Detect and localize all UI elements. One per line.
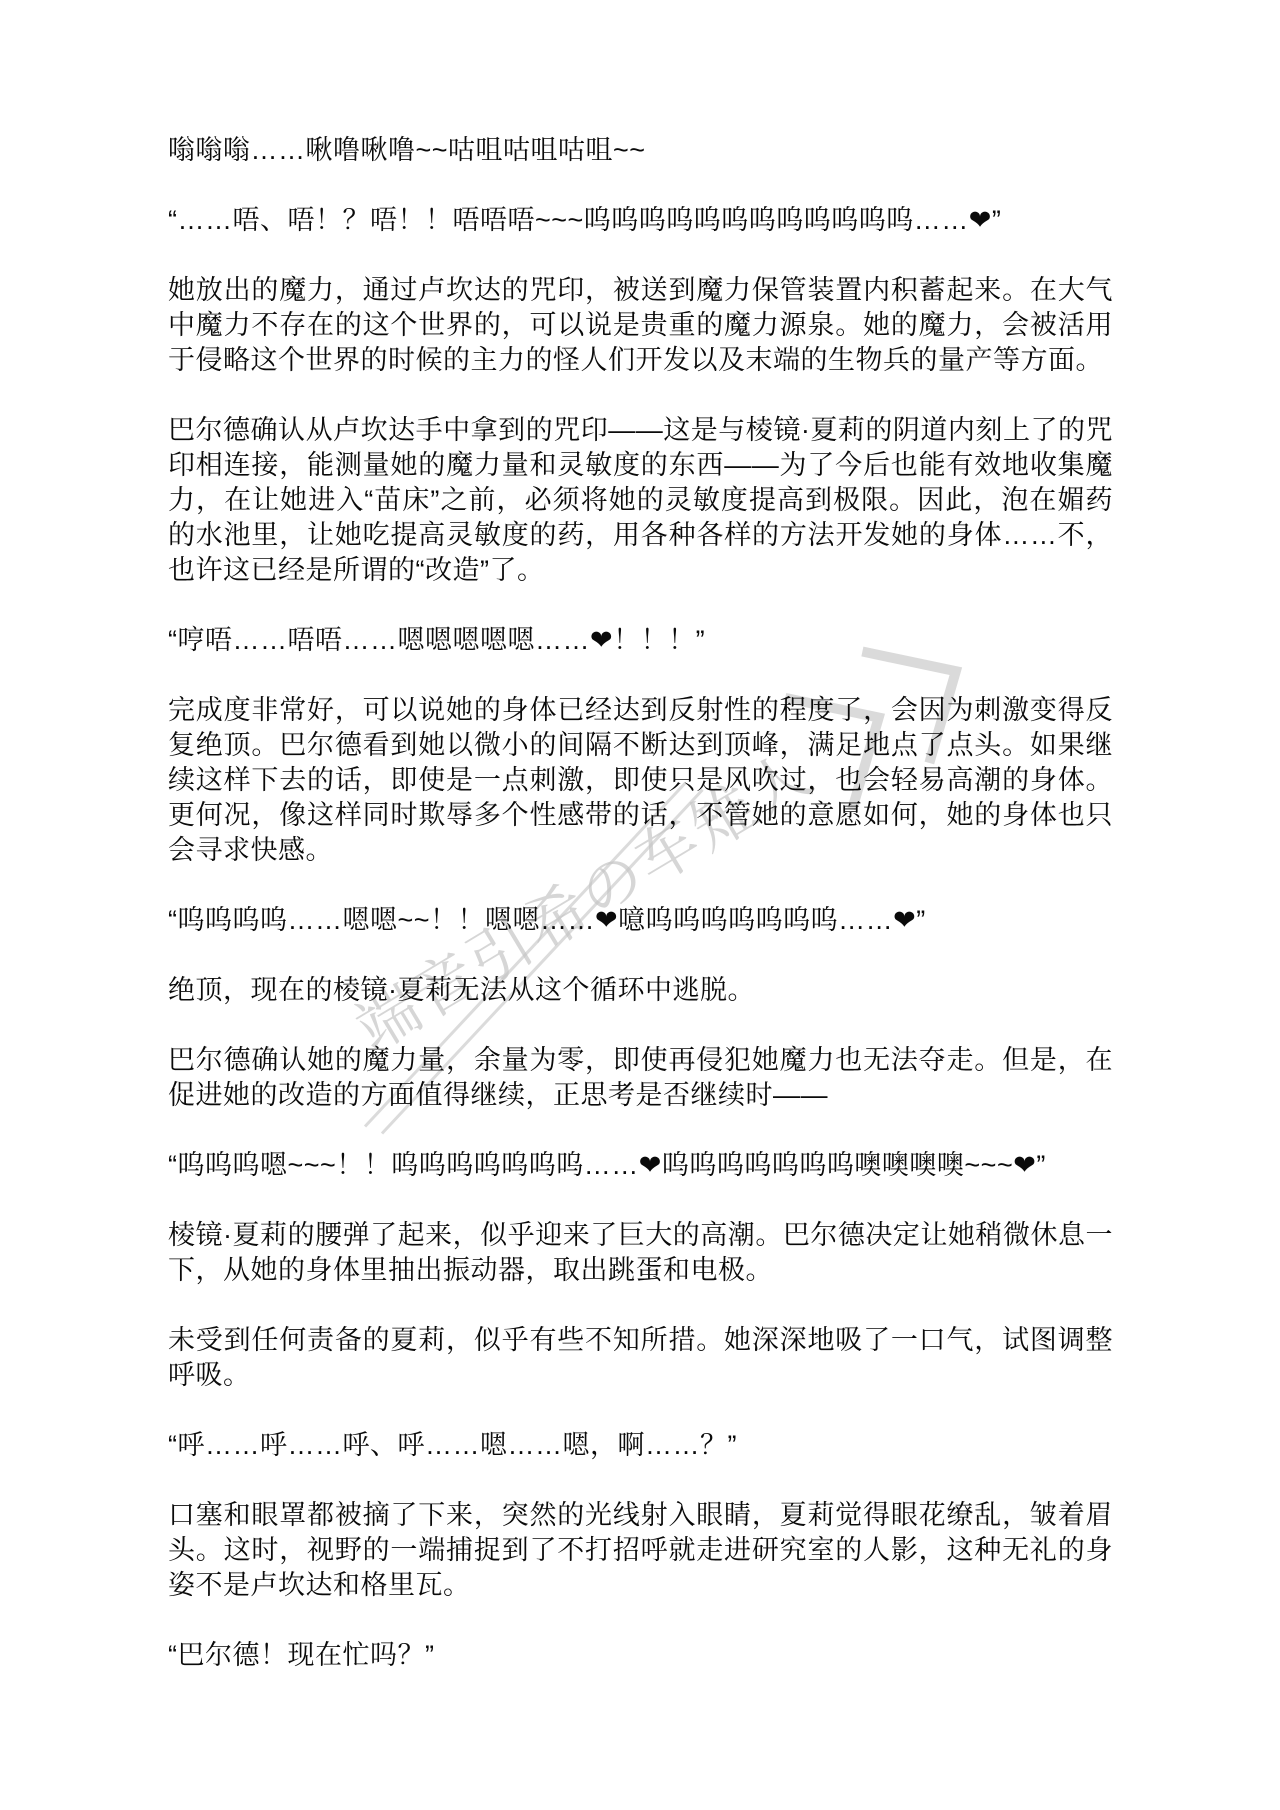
dialogue-line: “呜呜呜呜……嗯嗯~~！！嗯嗯……❤噫呜呜呜呜呜呜呜……❤” [168, 903, 1113, 938]
dialogue-line: “呼……呼……呼、呼……嗯……嗯，啊……？” [168, 1428, 1113, 1463]
narration-paragraph: 完成度非常好，可以说她的身体已经达到反射性的程度了，会因为刺激变得反复绝顶。巴尔… [168, 693, 1113, 868]
narration-paragraph: 巴尔德确认她的魔力量，余量为零，即使再侵犯她魔力也无法夺走。但是，在促进她的改造… [168, 1043, 1113, 1113]
narration-paragraph: 棱镜·夏莉的腰弹了起来，似乎迎来了巨大的高潮。巴尔德决定让她稍微休息一下，从她的… [168, 1218, 1113, 1288]
narration-paragraph: 巴尔德确认从卢坎达手中拿到的咒印——这是与棱镜·夏莉的阴道内刻上了的咒印相连接，… [168, 413, 1113, 588]
narration-paragraph: 嗡嗡嗡……啾噜啾噜~~咕咀咕咀咕咀~~ [168, 133, 1113, 168]
narration-paragraph: 口塞和眼罩都被摘了下来，突然的光线射入眼睛，夏莉觉得眼花缭乱，皱着眉头。这时，视… [168, 1498, 1113, 1603]
dialogue-line: “巴尔德！现在忙吗？” [168, 1638, 1113, 1673]
document-page: 嗡嗡嗡……啾噜啾噜~~咕咀咕咀咕咀~~ “……唔、唔！？唔！！唔唔唔~~~呜呜呜… [0, 0, 1280, 1673]
dialogue-line: “哼唔……唔唔……嗯嗯嗯嗯嗯……❤！！！” [168, 623, 1113, 658]
narration-paragraph: 绝顶，现在的棱镜·夏莉无法从这个循环中逃脱。 [168, 973, 1113, 1008]
narration-paragraph: 未受到任何责备的夏莉，似乎有些不知所措。她深深地吸了一口气，试图调整呼吸。 [168, 1323, 1113, 1393]
narration-paragraph: 她放出的魔力，通过卢坎达的咒印，被送到魔力保管装置内积蓄起来。在大气中魔力不存在… [168, 273, 1113, 378]
dialogue-line: “……唔、唔！？唔！！唔唔唔~~~呜呜呜呜呜呜呜呜呜呜呜呜……❤” [168, 203, 1113, 238]
dialogue-line: “呜呜呜嗯~~~！！呜呜呜呜呜呜呜……❤呜呜呜呜呜呜呜噢噢噢噢~~~❤” [168, 1148, 1113, 1183]
